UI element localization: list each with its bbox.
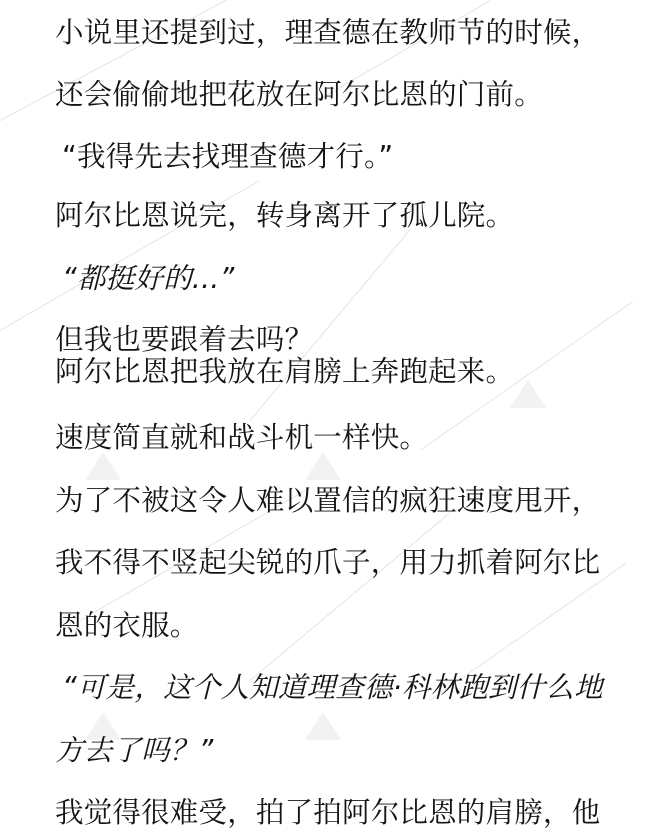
- dialogue-line: “我得先去找理查德才行。”: [62, 140, 393, 174]
- text-line: 我觉得很难受，拍了拍阿尔比恩的肩膀，他: [55, 796, 600, 830]
- watermark-triangle: [510, 380, 546, 408]
- text-line: 恩的衣服。: [55, 609, 199, 643]
- watermark-triangle: [305, 712, 341, 740]
- thought-line: 方去了吗？”: [55, 734, 213, 768]
- text-line: 但我也要跟着去吗？: [55, 323, 313, 357]
- text-line: 阿尔比恩说完，转身离开了孤儿院。: [55, 199, 514, 233]
- watermark-layer: [0, 0, 660, 837]
- thought-line: “可是，这个人知道理查德·科林跑到什么地: [62, 671, 603, 705]
- text-line: 还会偷偷地把花放在阿尔比恩的门前。: [55, 78, 543, 112]
- text-line: 为了不被这令人难以置信的疯狂速度甩开，: [55, 484, 600, 518]
- watermark-stroke: [250, 513, 450, 681]
- text-line: 速度简直就和战斗机一样快。: [55, 421, 428, 455]
- text-line: 阿尔比恩把我放在肩膀上奔跑起来。: [55, 355, 514, 389]
- text-line: 小说里还提到过，理查德在教师节的时候，: [55, 16, 600, 50]
- watermark-triangle: [305, 452, 341, 480]
- thought-line: “都挺好的...”: [62, 262, 235, 296]
- text-line: 我不得不竖起尖锐的爪子，用力抓着阿尔比: [55, 546, 600, 580]
- watermark-triangle: [85, 452, 121, 480]
